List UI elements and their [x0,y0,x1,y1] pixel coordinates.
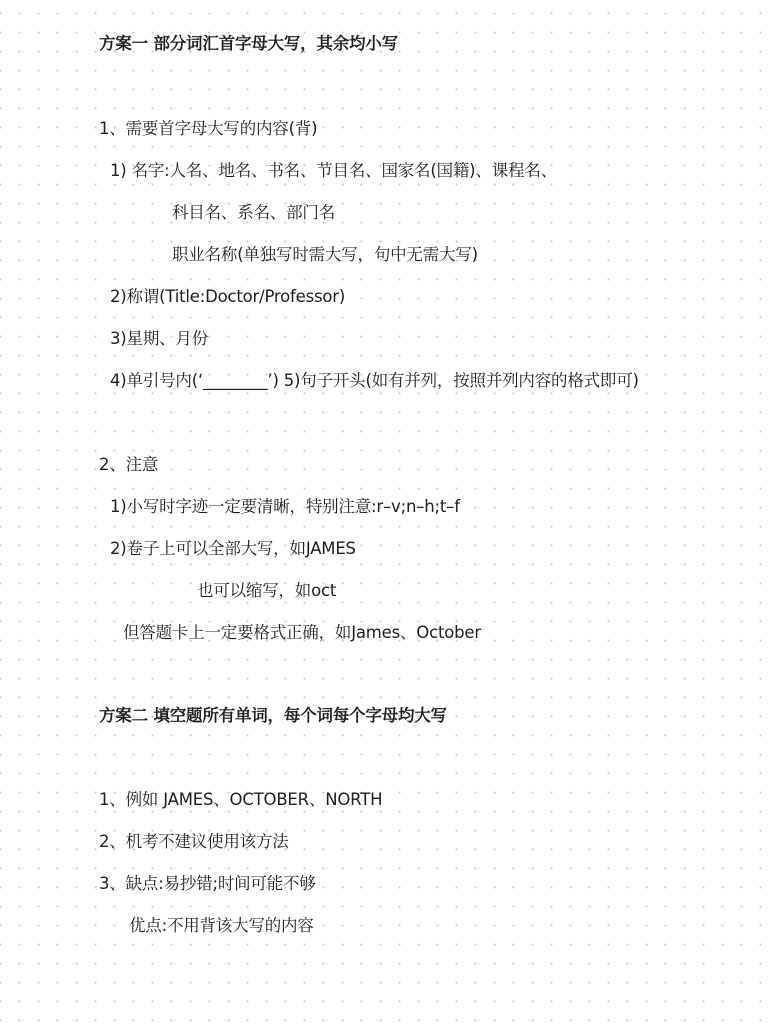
plan1-note-answer-sheet: 但答题卡上一定要格式正确，如James、October [123,623,481,643]
plan1-section2-heading: 2、注意 [99,455,158,475]
plan1-section1-heading: 1、需要首字母大写的内容(背) [99,119,317,139]
plan1-item-quotes-sentence-start: 4)单引号内(‘________’) 5)句子开头(如有并列，按照并列内容的格式… [110,371,639,391]
plan1-item-names-cont: 科目名、系名、部门名 [172,203,335,223]
plan1-title: 方案一 部分词汇首字母大写，其余均小写 [99,34,398,54]
plan1-note-abbreviation: 也可以缩写，如oct [197,581,336,601]
plan2-item-cons: 3、缺点:易抄错;时间可能不够 [99,874,316,894]
plan1-item-titles: 2)称谓(Title:Doctor/Professor) [110,287,345,307]
plan1-item-names: 1) 名字:人名、地名、书名、节目名、国家名(国籍)、课程名、 [110,161,557,181]
plan2-item-pros: 优点:不用背该大写的内容 [129,916,314,936]
plan1-note-all-caps: 2)卷子上可以全部大写，如JAMES [110,539,356,559]
plan2-item-example: 1、例如 JAMES、OCTOBER、NORTH [99,790,382,810]
plan1-note-handwriting: 1)小写时字迹一定要清晰，特别注意:r–v;n–h;t–f [110,497,460,517]
plan2-title: 方案二 填空题所有单词，每个词每个字母均大写 [99,706,447,726]
plan1-item-occupation: 职业名称(单独写时需大写，句中无需大写) [172,245,478,265]
plan2-item-computer-exam: 2、机考不建议使用该方法 [99,832,289,852]
plan1-item-weekdays-months: 3)星期、月份 [110,329,208,349]
